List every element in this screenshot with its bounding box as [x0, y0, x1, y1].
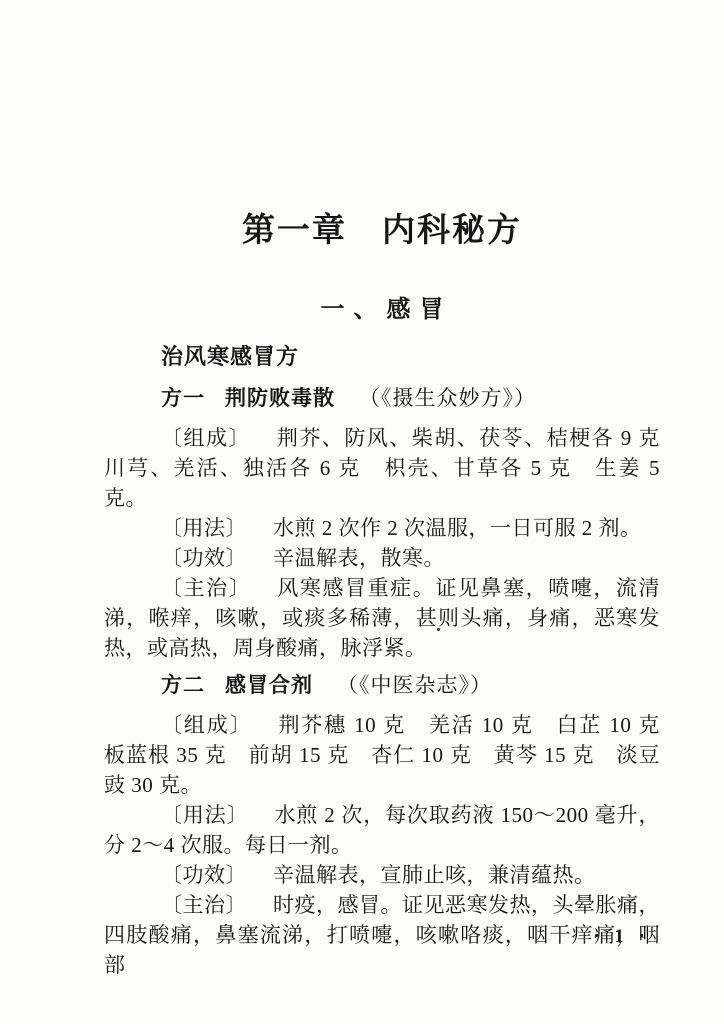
prescription-2-name: 感冒合剂: [225, 674, 313, 697]
prescription-1: 方一荆防败毒散（《摄生众妙方》） 〔组成〕荆芥、防风、柴胡、茯苓、桔梗各 9 克…: [104, 386, 660, 663]
prescription-1-indication: 〔主治〕风寒感冒重症。证见鼻塞，喷嚏，流清涕，喉痒，咳嗽，或痰多稀薄，甚则头痛，…: [104, 573, 660, 663]
prescription-2-title: 方二感冒合剂（《中医杂志》）: [104, 673, 660, 698]
field-text-effect: 辛温解表，散寒。: [273, 546, 445, 570]
chapter-title: 第一章 内科秘方: [104, 213, 660, 249]
book-page: 第一章 内科秘方 一、感冒 治风寒感冒方 方一荆防败毒散（《摄生众妙方》） 〔组…: [0, 0, 724, 1024]
scan-speck: [437, 628, 440, 631]
page-number: · 1 ·: [593, 926, 650, 948]
field-tag-usage: 〔用法〕: [161, 516, 247, 540]
field-tag-indication: 〔主治〕: [161, 576, 251, 600]
prescription-2-label: 方二: [161, 674, 205, 697]
prescription-1-name: 荆防败毒散: [225, 387, 335, 410]
section-title: 一、感冒: [104, 298, 660, 322]
prescription-2-composition: 〔组成〕荆芥穗 10 克 羌活 10 克 白芷 10 克 板蓝根 35 克 前胡…: [104, 710, 660, 800]
prescription-2-indication: 〔主治〕时疫，感冒。证见恶寒发热，头晕胀痛，四肢酸痛，鼻塞流涕，打喷嚏，咳嗽咯痰…: [104, 890, 660, 980]
prescription-2-usage: 〔用法〕水煎 2 次，每次取药液 150～200 毫升，分 2～4 次服。每日一…: [104, 800, 660, 860]
field-text-effect: 辛温解表，宣肺止咳，兼清蕴热。: [273, 863, 596, 887]
field-tag-usage: 〔用法〕: [161, 803, 248, 827]
prescription-1-source: （《摄生众妙方》）: [359, 386, 536, 410]
recipe-group-heading: 治风寒感冒方: [104, 345, 660, 369]
prescription-1-usage: 〔用法〕水煎 2 次作 2 次温服，一日可服 2 剂。: [104, 513, 660, 543]
prescription-1-label: 方一: [161, 387, 205, 410]
field-tag-effect: 〔功效〕: [161, 863, 247, 887]
field-tag-composition: 〔组成〕: [161, 426, 251, 450]
prescription-1-composition: 〔组成〕荆芥、防风、柴胡、茯苓、桔梗各 9 克 川芎、羌活、独活各 6 克 枳壳…: [104, 423, 660, 513]
prescription-2-source: （《中医杂志》）: [337, 673, 492, 697]
field-tag-indication: 〔主治〕: [161, 893, 247, 917]
prescription-2-effect: 〔功效〕辛温解表，宣肺止咳，兼清蕴热。: [104, 860, 660, 890]
field-text-usage: 水煎 2 次作 2 次温服，一日可服 2 剂。: [273, 516, 642, 540]
prescription-2: 方二感冒合剂（《中医杂志》） 〔组成〕荆芥穗 10 克 羌活 10 克 白芷 1…: [104, 673, 660, 980]
page-content: 第一章 内科秘方 一、感冒 治风寒感冒方 方一荆防败毒散（《摄生众妙方》） 〔组…: [104, 0, 660, 980]
field-tag-effect: 〔功效〕: [161, 546, 247, 570]
prescription-1-effect: 〔功效〕辛温解表，散寒。: [104, 543, 660, 573]
prescription-1-title: 方一荆防败毒散（《摄生众妙方》）: [104, 386, 660, 411]
field-tag-composition: 〔组成〕: [161, 713, 252, 737]
